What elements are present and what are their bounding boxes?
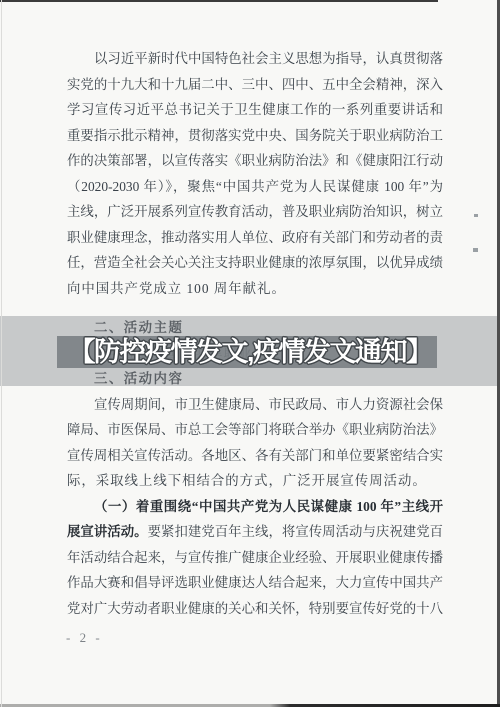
text-segment: 年活动结合起来，与宣传推广健康企业经验、开展职业健康传播 [67, 550, 443, 565]
text-line: （2020-2030 年）》，聚焦“中国共产党为人民谋健康 100 年”为 [67, 174, 443, 200]
text-line: 职业健康理念，推动落实用人单位、政府有关部门和劳动者的责 [67, 225, 443, 251]
text-line: （一）着重围绕“中国共产党为人民谋健康 100 年”主线开 [67, 494, 443, 520]
text-line: 向中国共产党成立 100 周年献礼。 [67, 276, 443, 302]
text-segment: 重要指示批示精神，贯彻落实党中央、国务院关于职业病防治工 [67, 128, 443, 143]
watermark-text: 【防控疫情发文,疫情发文通知】 [0, 331, 500, 373]
text-segment: 宣传周期间，市卫生健康局、市民政局、市人力资源社会保 [94, 397, 443, 412]
text-segment: 作品大赛和倡导评选职业健康达人结合起来，大力宣传中国共产 [67, 575, 443, 590]
text-line: 任，营造全社会关心关注支持职业健康的浓厚氛围，以优异成绩 [67, 250, 443, 276]
text-segment: 展宣讲活动。 [67, 524, 148, 539]
text-line: 宣传周相关宣传活动。各地区、各有关部门和单位要紧密结合实 [67, 443, 443, 469]
text-segment: 学习宣传习近平总书记关于卫生健康工作的一系列重要讲话和 [67, 102, 443, 117]
scan-edge-left [1, 0, 2, 707]
text-segment: 作的决策部署，以宣传落实《职业病防治法》和《健康阳江行动 [67, 153, 443, 168]
scan-speck [474, 214, 478, 217]
text-segment: 障局、市医保局、市总工会等部门将联合举办《职业病防治法》 [67, 422, 443, 437]
scanned-document-page: 以习近平新时代中国特色社会主义思想为指导，认真贯彻落实党的十九大和十九届二中、三… [0, 0, 500, 707]
text-line: 实党的十九大和十九届二中、三中、四中、五中全会精神，深入 [67, 72, 443, 98]
text-segment: 实党的十九大和十九届二中、三中、四中、五中全会精神，深入 [67, 77, 443, 92]
text-line: 作品大赛和倡导评选职业健康达人结合起来，大力宣传中国共产 [67, 570, 443, 596]
text-line: 重要指示批示精神，贯彻落实党中央、国务院关于职业病防治工 [67, 123, 443, 149]
text-segment: 职业健康理念，推动落实用人单位、政府有关部门和劳动者的责 [67, 230, 443, 245]
text-segment: （2020-2030 年）》，聚焦“中国共产党为人民谋健康 100 年”为 [67, 179, 443, 194]
text-line: 年活动结合起来，与宣传推广健康企业经验、开展职业健康传播 [67, 545, 443, 571]
text-segment: 主线，广泛开展系列宣传教育活动，普及职业病防治知识，树立 [67, 204, 443, 219]
text-segment: 际，采取线上线下相结合的方式，广泛开展宣传周活动。 [67, 473, 427, 488]
text-segment: 向中国共产党成立 100 周年献礼。 [67, 281, 286, 296]
text-line: 以习近平新时代中国特色社会主义思想为指导，认真贯彻落 [67, 46, 443, 72]
text-segment: 党对广大劳动者职业健康的关心和关怀，特别要宣传好党的十八 [67, 601, 443, 616]
text-segment: （一）着重围绕“中国共产党为人民谋健康 100 年”主线开 [94, 499, 443, 514]
scan-edge-top [0, 0, 438, 2]
page-number: - 2 - [66, 630, 103, 646]
text-segment: 宣传周相关宣传活动。各地区、各有关部门和单位要紧密结合实 [67, 448, 443, 463]
text-line: 党对广大劳动者职业健康的关心和关怀，特别要宣传好党的十八 [67, 596, 443, 622]
text-line: 际，采取线上线下相结合的方式，广泛开展宣传周活动。 [67, 468, 443, 494]
text-segment: 要紧扣建党百年主线，将宣传周活动与庆祝建党百 [148, 524, 443, 539]
text-line: 障局、市医保局、市总工会等部门将联合举办《职业病防治法》 [67, 417, 443, 443]
text-line: 宣传周期间，市卫生健康局、市民政局、市人力资源社会保 [67, 392, 443, 418]
scan-speck [473, 248, 478, 252]
text-line: 学习宣传习近平总书记关于卫生健康工作的一系列重要讲话和 [67, 97, 443, 123]
text-segment: 以习近平新时代中国特色社会主义思想为指导，认真贯彻落 [94, 51, 443, 66]
text-line: 展宣讲活动。要紧扣建党百年主线，将宣传周活动与庆祝建党百 [67, 519, 443, 545]
text-line: 主线，广泛开展系列宣传教育活动，普及职业病防治知识，树立 [67, 199, 443, 225]
text-segment: 任，营造全社会关心关注支持职业健康的浓厚氛围，以优异成绩 [67, 255, 443, 270]
text-line: 作的决策部署，以宣传落实《职业病防治法》和《健康阳江行动 [67, 148, 443, 174]
